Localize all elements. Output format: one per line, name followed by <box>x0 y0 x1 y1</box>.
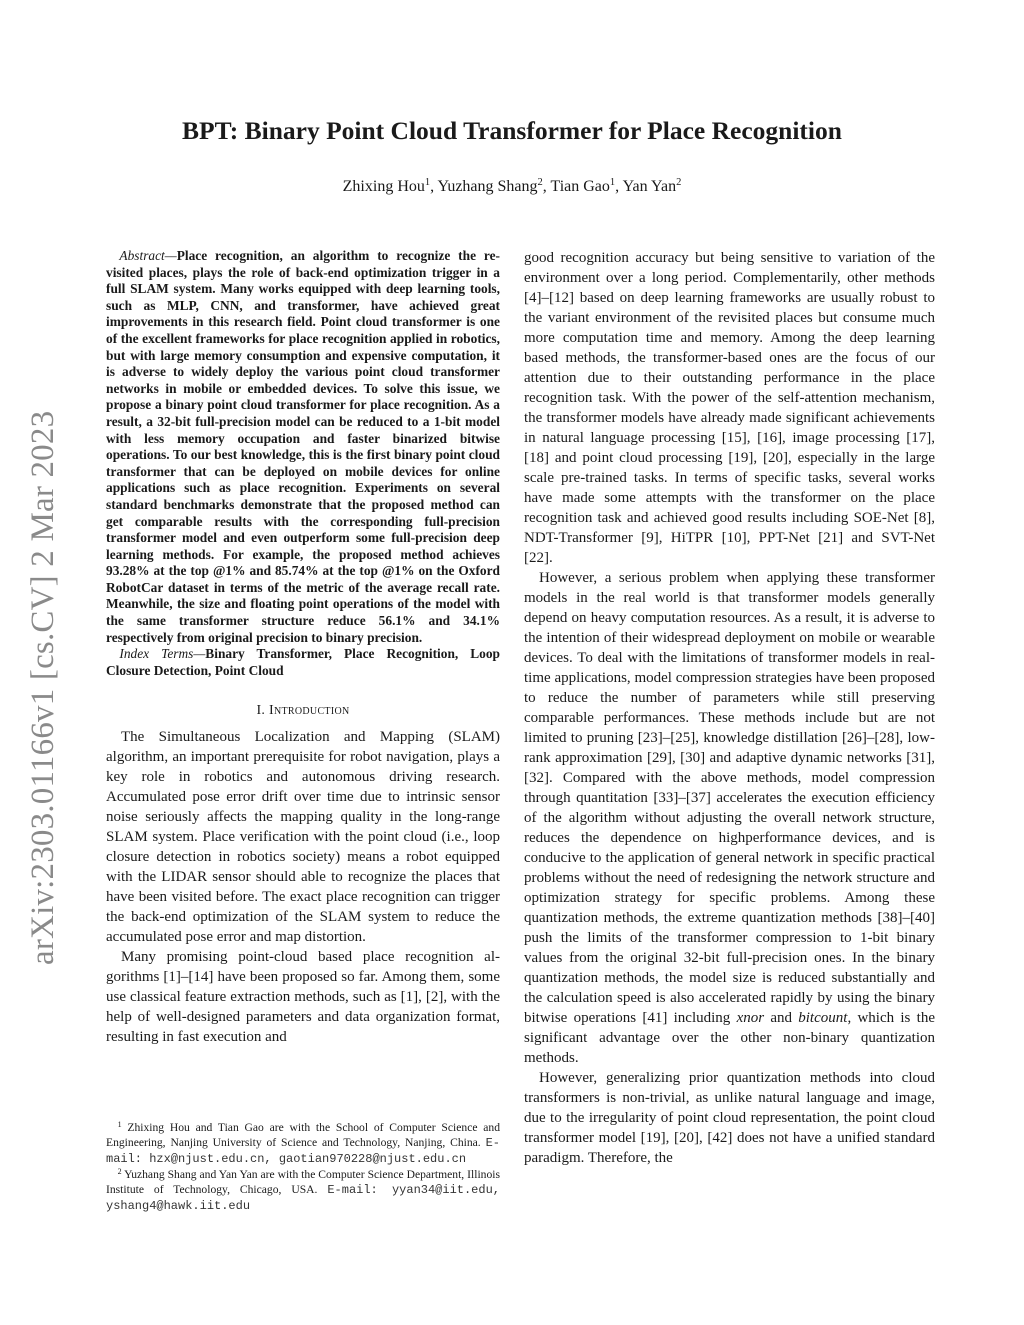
math-xnor: xnor <box>737 1010 765 1026</box>
paper-title: BPT: Binary Point Cloud Transformer for … <box>0 116 1024 146</box>
footnote: 1 Zhixing Hou and Tian Gao are with the … <box>106 1120 500 1167</box>
author-separator: , <box>430 178 437 195</box>
footnote-mark: 2 <box>118 1167 122 1176</box>
math-bitcount: bitcount <box>798 1010 847 1026</box>
right-column: good recognition accuracy but being sens… <box>524 248 935 1168</box>
index-terms-label: Index Terms— <box>119 646 205 661</box>
intro-paragraph-continuation: good recognition accuracy but being sens… <box>524 248 935 568</box>
index-terms: Index Terms—Binary Transformer, Place Re… <box>106 646 500 679</box>
author-list: Zhixing Hou1, Yuzhang Shang2, Tian Gao1,… <box>0 178 1024 196</box>
author-name: Zhixing Hou <box>343 178 425 195</box>
author-separator: , <box>615 178 622 195</box>
intro-paragraph: However, a serious problem when applying… <box>524 568 935 1068</box>
abstract-text: Place recognition, an algorithm to recog… <box>106 248 500 645</box>
paragraph-text: and <box>764 1010 798 1026</box>
abstract-label: Abstract— <box>119 248 176 263</box>
abstract: Abstract—Place recognition, an algorithm… <box>106 248 500 646</box>
footnote: 2 Yuzhang Shang and Yan Yan are with the… <box>106 1167 500 1214</box>
arxiv-identifier-stamp: arXiv:2303.01166v1 [cs.CV] 2 Mar 2023 <box>25 411 62 965</box>
footnote-text: Zhixing Hou and Tian Gao are with the Sc… <box>106 1121 500 1149</box>
author-affiliation-mark: 2 <box>676 177 681 188</box>
intro-paragraph: However, generalizing prior quantization… <box>524 1068 935 1168</box>
intro-paragraph: Many promising point-cloud based place r… <box>106 947 500 1047</box>
intro-paragraph: The Simultaneous Localization and Mappin… <box>106 727 500 947</box>
author-name: Yan Yan <box>623 178 677 195</box>
section-heading-introduction: I. Introduction <box>106 701 500 721</box>
footnotes: 1 Zhixing Hou and Tian Gao are with the … <box>106 1120 500 1214</box>
paragraph-text: However, a serious problem when applying… <box>524 570 935 1026</box>
author-name: Tian Gao <box>550 178 609 195</box>
left-column: Abstract—Place recognition, an algorithm… <box>106 248 500 1047</box>
author-name: Yuzhang Shang <box>438 178 538 195</box>
footnote-mark: 1 <box>118 1120 122 1129</box>
